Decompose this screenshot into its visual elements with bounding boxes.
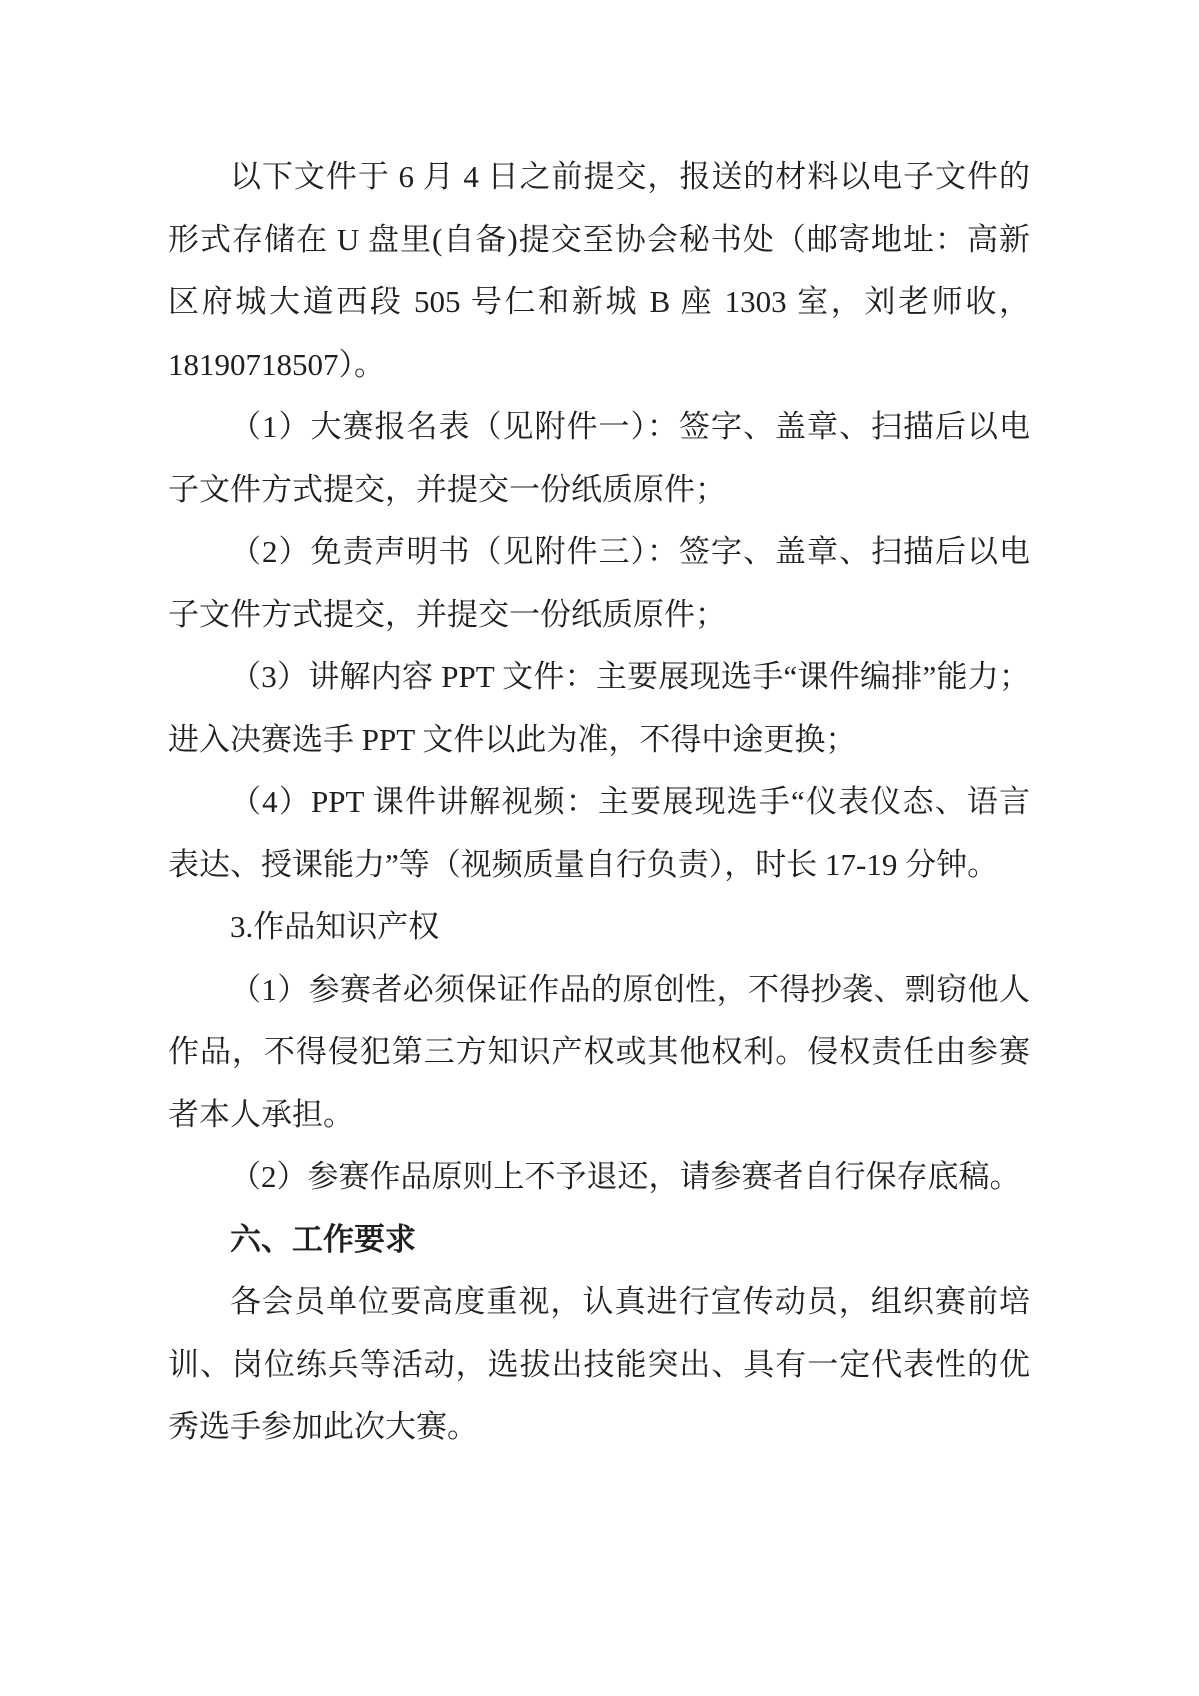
body-paragraph: 各会员单位要高度重视，认真进行宣传动员，组织赛前培训、岗位练兵等活动，选拔出技能… [168,1271,1030,1459]
section-heading: 六、工作要求 [168,1209,1030,1272]
body-paragraph: （4）PPT 课件讲解视频：主要展现选手“仪表仪态、语言表达、授课能力”等（视频… [168,771,1030,896]
document-body: 以下文件于 6 月 4 日之前提交，报送的材料以电子文件的形式存储在 U 盘里(… [168,146,1030,1459]
body-paragraph: （1）参赛者必须保证作品的原创性，不得抄袭、剽窃他人作品，不得侵犯第三方知识产权… [168,959,1030,1147]
body-paragraph: （3）讲解内容 PPT 文件：主要展现选手“课件编排”能力；进入决赛选手 PPT… [168,646,1030,771]
body-paragraph: 以下文件于 6 月 4 日之前提交，报送的材料以电子文件的形式存储在 U 盘里(… [168,146,1030,396]
document-page: 以下文件于 6 月 4 日之前提交，报送的材料以电子文件的形式存储在 U 盘里(… [0,0,1199,1696]
body-paragraph: 3.作品知识产权 [168,896,1030,959]
body-paragraph: （2）参赛作品原则上不予退还，请参赛者自行保存底稿。 [168,1146,1030,1209]
body-paragraph: （1）大赛报名表（见附件一）：签字、盖章、扫描后以电子文件方式提交，并提交一份纸… [168,396,1030,521]
body-paragraph: （2）免责声明书（见附件三）：签字、盖章、扫描后以电子文件方式提交，并提交一份纸… [168,521,1030,646]
